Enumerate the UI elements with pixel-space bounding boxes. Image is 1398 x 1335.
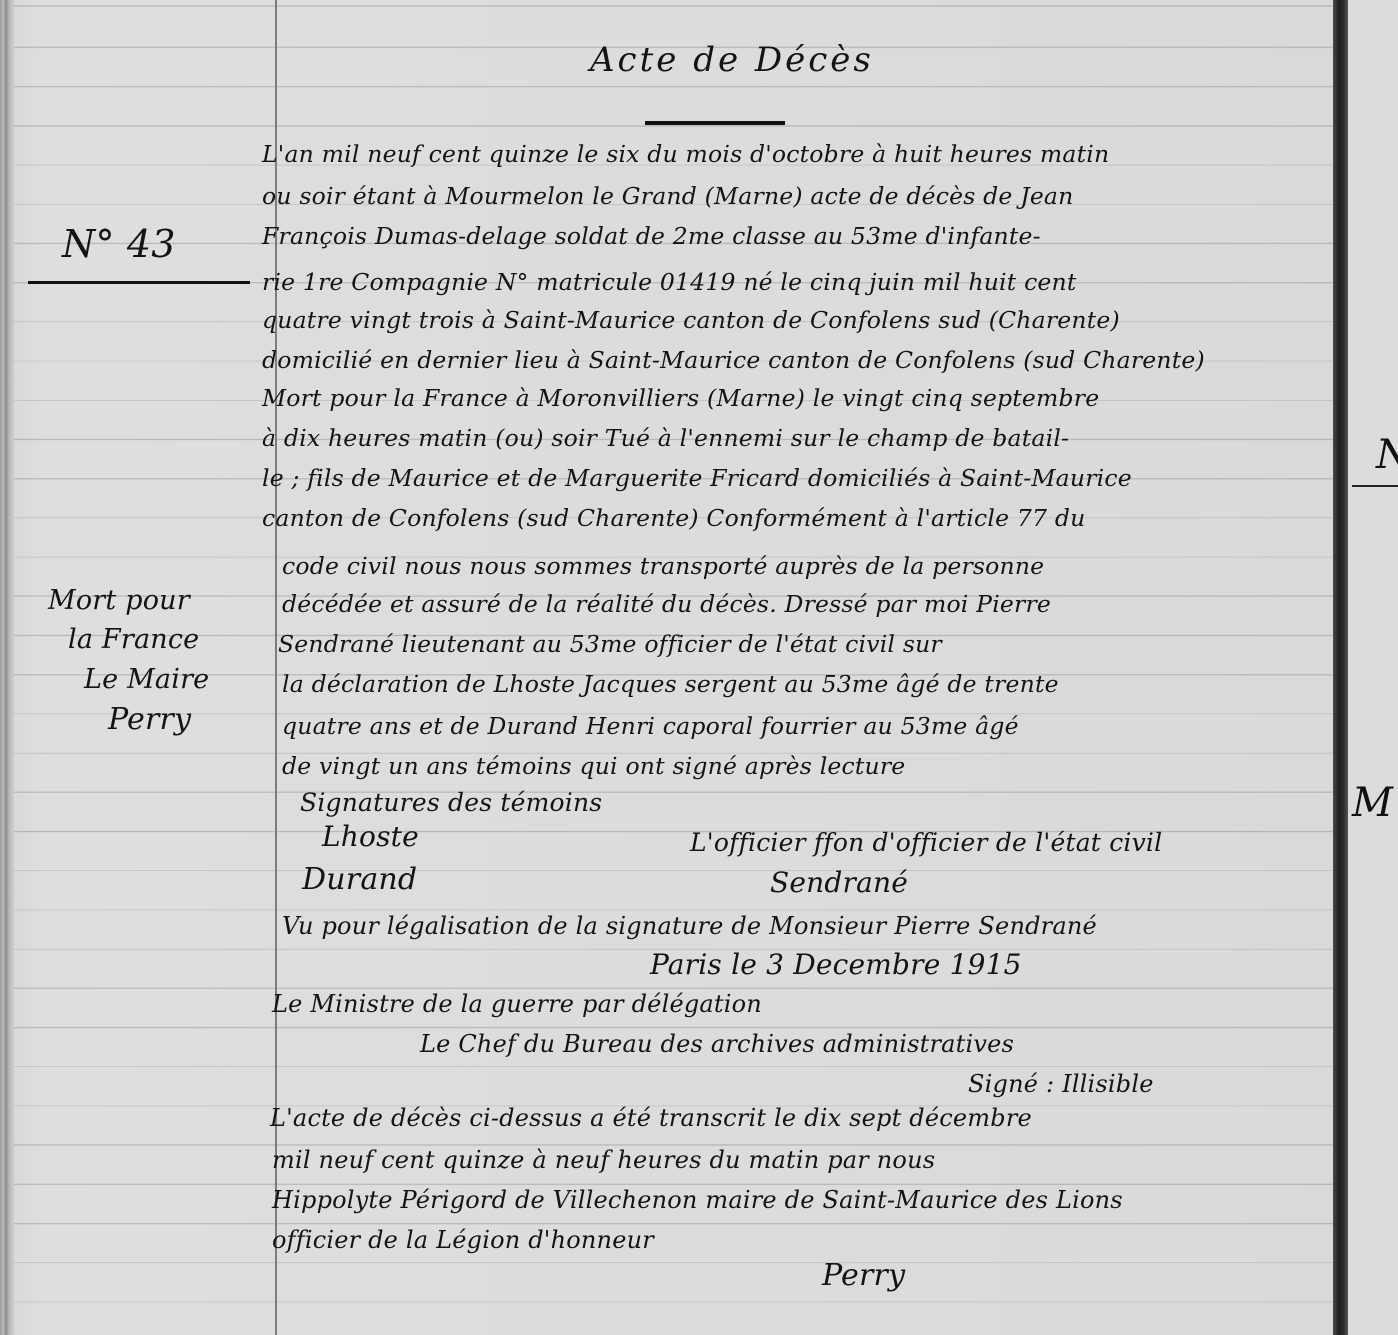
act-line: ou soir étant à Mourmelon le Grand (Marn… bbox=[262, 182, 1073, 210]
act-line: code civil nous nous sommes transporté a… bbox=[282, 552, 1044, 580]
act-line: François Dumas-delage soldat de 2me clas… bbox=[262, 222, 1041, 250]
margin-note-line: la France bbox=[68, 624, 199, 655]
act-line: le ; fils de Maurice et de Marguerite Fr… bbox=[262, 464, 1132, 492]
act-line: quatre ans et de Durand Henri caporal fo… bbox=[282, 712, 1019, 740]
witness-signatures-heading: Signatures des témoins bbox=[300, 788, 602, 817]
facing-page-mark: N bbox=[1376, 432, 1398, 478]
officer-signature: Sendrané bbox=[770, 866, 908, 899]
act-line: domicilié en dernier lieu à Saint-Mauric… bbox=[262, 346, 1205, 374]
register-page: Acte de Décès N° 43 Mort pour la France … bbox=[0, 0, 1398, 1335]
bureau-line: Le Chef du Bureau des archives administr… bbox=[420, 1030, 1014, 1058]
facing-page-rule bbox=[1352, 485, 1398, 487]
act-line: quatre vingt trois à Saint-Maurice canto… bbox=[262, 306, 1120, 334]
title-underline bbox=[645, 121, 785, 125]
ministry-line: Le Ministre de la guerre par délégation bbox=[272, 990, 762, 1018]
witness-signature-lhoste: Lhoste bbox=[322, 820, 419, 853]
officer-caption: L'officier ffon d'officier de l'état civ… bbox=[690, 828, 1162, 857]
act-line: canton de Confolens (sud Charente) Confo… bbox=[262, 504, 1085, 532]
act-line: L'an mil neuf cent quinze le six du mois… bbox=[262, 140, 1109, 168]
act-line: la déclaration de Lhoste Jacques sergent… bbox=[282, 670, 1059, 698]
entry-number: N° 43 bbox=[62, 222, 176, 266]
document-title: Acte de Décès bbox=[590, 40, 874, 80]
place-and-date: Paris le 3 Decembre 1915 bbox=[650, 948, 1022, 981]
act-line: de vingt un ans témoins qui ont signé ap… bbox=[282, 752, 905, 780]
act-line: Mort pour la France à Moronvilliers (Mar… bbox=[262, 384, 1099, 412]
margin-note-line: Le Maire bbox=[84, 664, 209, 695]
facing-page-mark: M bbox=[1352, 780, 1393, 826]
act-line: décédée et assuré de la réalité du décès… bbox=[282, 590, 1051, 618]
binding-gutter bbox=[1333, 0, 1348, 1335]
margin-mayor-signature: Perry bbox=[108, 702, 191, 737]
transcription-line: mil neuf cent quinze à neuf heures du ma… bbox=[272, 1146, 935, 1174]
transcription-line: Hippolyte Périgord de Villechenon maire … bbox=[272, 1186, 1123, 1214]
signed-illegible: Signé : Illisible bbox=[968, 1070, 1154, 1098]
facing-page-edge bbox=[1348, 0, 1398, 1335]
entry-number-rule bbox=[28, 281, 250, 284]
page-left-edge bbox=[0, 0, 14, 1335]
act-line: rie 1re Compagnie N° matricule 01419 né … bbox=[262, 268, 1077, 296]
transcription-line: officier de la Légion d'honneur bbox=[272, 1226, 654, 1254]
margin-note-line: Mort pour bbox=[48, 585, 190, 616]
act-line: Sendrané lieutenant au 53me officier de … bbox=[278, 630, 942, 658]
witness-signature-durand: Durand bbox=[302, 862, 417, 897]
transcription-line: L'acte de décès ci-dessus a été transcri… bbox=[270, 1104, 1032, 1132]
legalization-line: Vu pour légalisation de la signature de … bbox=[282, 912, 1097, 940]
act-line: à dix heures matin (ou) soir Tué à l'enn… bbox=[262, 424, 1069, 452]
mayor-signature: Perry bbox=[822, 1258, 905, 1293]
